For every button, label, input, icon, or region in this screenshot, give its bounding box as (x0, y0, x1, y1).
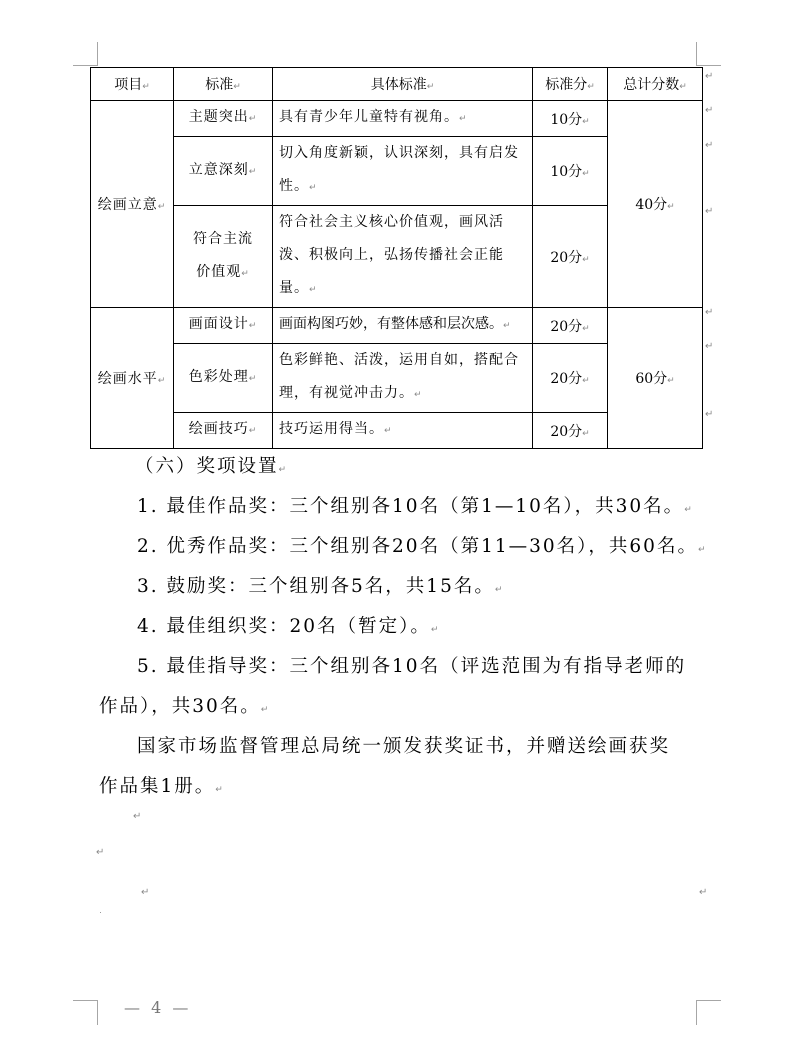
empty-paragraph-mark: ↵ (699, 888, 707, 898)
row-end-mark: ↵ (705, 72, 713, 82)
crop-mark-bottom-left (73, 1000, 98, 1025)
empty-paragraph-mark: ↵ (133, 812, 141, 822)
page-number: — 4 — (124, 998, 191, 1017)
row-end-mark: ↵ (705, 207, 713, 217)
standard-cell: 画面设计↵ (174, 308, 273, 344)
description-cell: 画面构图巧妙，有整体感和层次感。↵ (273, 308, 533, 344)
header-description: 具体标准↵ (273, 68, 533, 101)
description-cell: 符合社会主义核心价值观，画风活泼、积极向上，弘扬传播社会正能量。↵ (273, 206, 533, 308)
score-cell: 10分↵ (533, 137, 608, 206)
score-cell: 20分↵ (533, 413, 608, 449)
standard-cell: 绘画技巧↵ (174, 413, 273, 449)
awards-heading: （六）奖项设置↵ (135, 452, 288, 478)
section-item-cell: 绘画立意↵ (91, 101, 174, 308)
header-score: 标准分↵ (533, 68, 608, 101)
crop-mark-top-left (73, 42, 98, 66)
empty-paragraph-mark: ↵ (141, 888, 149, 898)
total-score-cell: 60分↵ (608, 308, 703, 449)
dot-mark (100, 912, 101, 913)
empty-paragraph-mark: ↵ (96, 848, 104, 858)
scoring-criteria-table: 项目↵ 标准↵ 具体标准↵ 标准分↵ 总计分数↵ 绘画立意↵ 主题突出↵ 具有青… (90, 67, 703, 449)
total-score-cell: 40分↵ (608, 101, 703, 308)
award-item: 3. 鼓励奖：三个组别各5名，共15名。↵ (137, 572, 504, 598)
crop-mark-bottom-right (696, 1000, 721, 1025)
header-standard: 标准↵ (174, 68, 273, 101)
score-cell: 10分↵ (533, 101, 608, 137)
row-end-mark: ↵ (705, 342, 713, 352)
standard-cell: 符合主流价值观↵ (174, 206, 273, 308)
crop-mark-top-right (696, 42, 721, 66)
score-cell: 20分↵ (533, 206, 608, 308)
award-item: 1. 最佳作品奖：三个组别各10名（第1—10名），共30名。↵ (137, 492, 694, 518)
closing-paragraph-line: 作品集1册。↵ (99, 772, 225, 798)
section-item-cell: 绘画水平↵ (91, 308, 174, 449)
row-end-mark: ↵ (705, 410, 713, 420)
description-cell: 切入角度新颖，认识深刻，具有启发性。↵ (273, 137, 533, 206)
standard-cell: 主题突出↵ (174, 101, 273, 137)
description-cell: 具有青少年儿童特有视角。↵ (273, 101, 533, 137)
row-end-mark: ↵ (705, 106, 713, 116)
description-cell: 技巧运用得当。↵ (273, 413, 533, 449)
award-item-continuation: 作品），共30名。↵ (99, 692, 270, 718)
table-row: 绘画立意↵ 主题突出↵ 具有青少年儿童特有视角。↵ 10分↵ 40分↵ (91, 101, 703, 137)
row-end-mark: ↵ (705, 141, 713, 151)
closing-paragraph-line: 国家市场监督管理总局统一颁发获奖证书，并赠送绘画获奖 (137, 732, 670, 758)
award-item: 2. 优秀作品奖：三个组别各20名（第11—30名），共60名。↵ (137, 532, 708, 558)
score-cell: 20分↵ (533, 308, 608, 344)
description-cell: 色彩鲜艳、活泼，运用自如，搭配合理，有视觉冲击力。↵ (273, 344, 533, 413)
award-item: 5. 最佳指导奖：三个组别各10名（评选范围为有指导老师的 (137, 652, 686, 678)
standard-cell: 立意深刻↵ (174, 137, 273, 206)
header-item: 项目↵ (91, 68, 174, 101)
table-row: 绘画水平↵ 画面设计↵ 画面构图巧妙，有整体感和层次感。↵ 20分↵ 60分↵ (91, 308, 703, 344)
award-item: 4. 最佳组织奖：20名（暂定）。↵ (137, 612, 440, 638)
table-header-row: 项目↵ 标准↵ 具体标准↵ 标准分↵ 总计分数↵ (91, 68, 703, 101)
row-end-mark: ↵ (705, 308, 713, 318)
standard-cell: 色彩处理↵ (174, 344, 273, 413)
score-cell: 20分↵ (533, 344, 608, 413)
header-total: 总计分数↵ (608, 68, 703, 101)
